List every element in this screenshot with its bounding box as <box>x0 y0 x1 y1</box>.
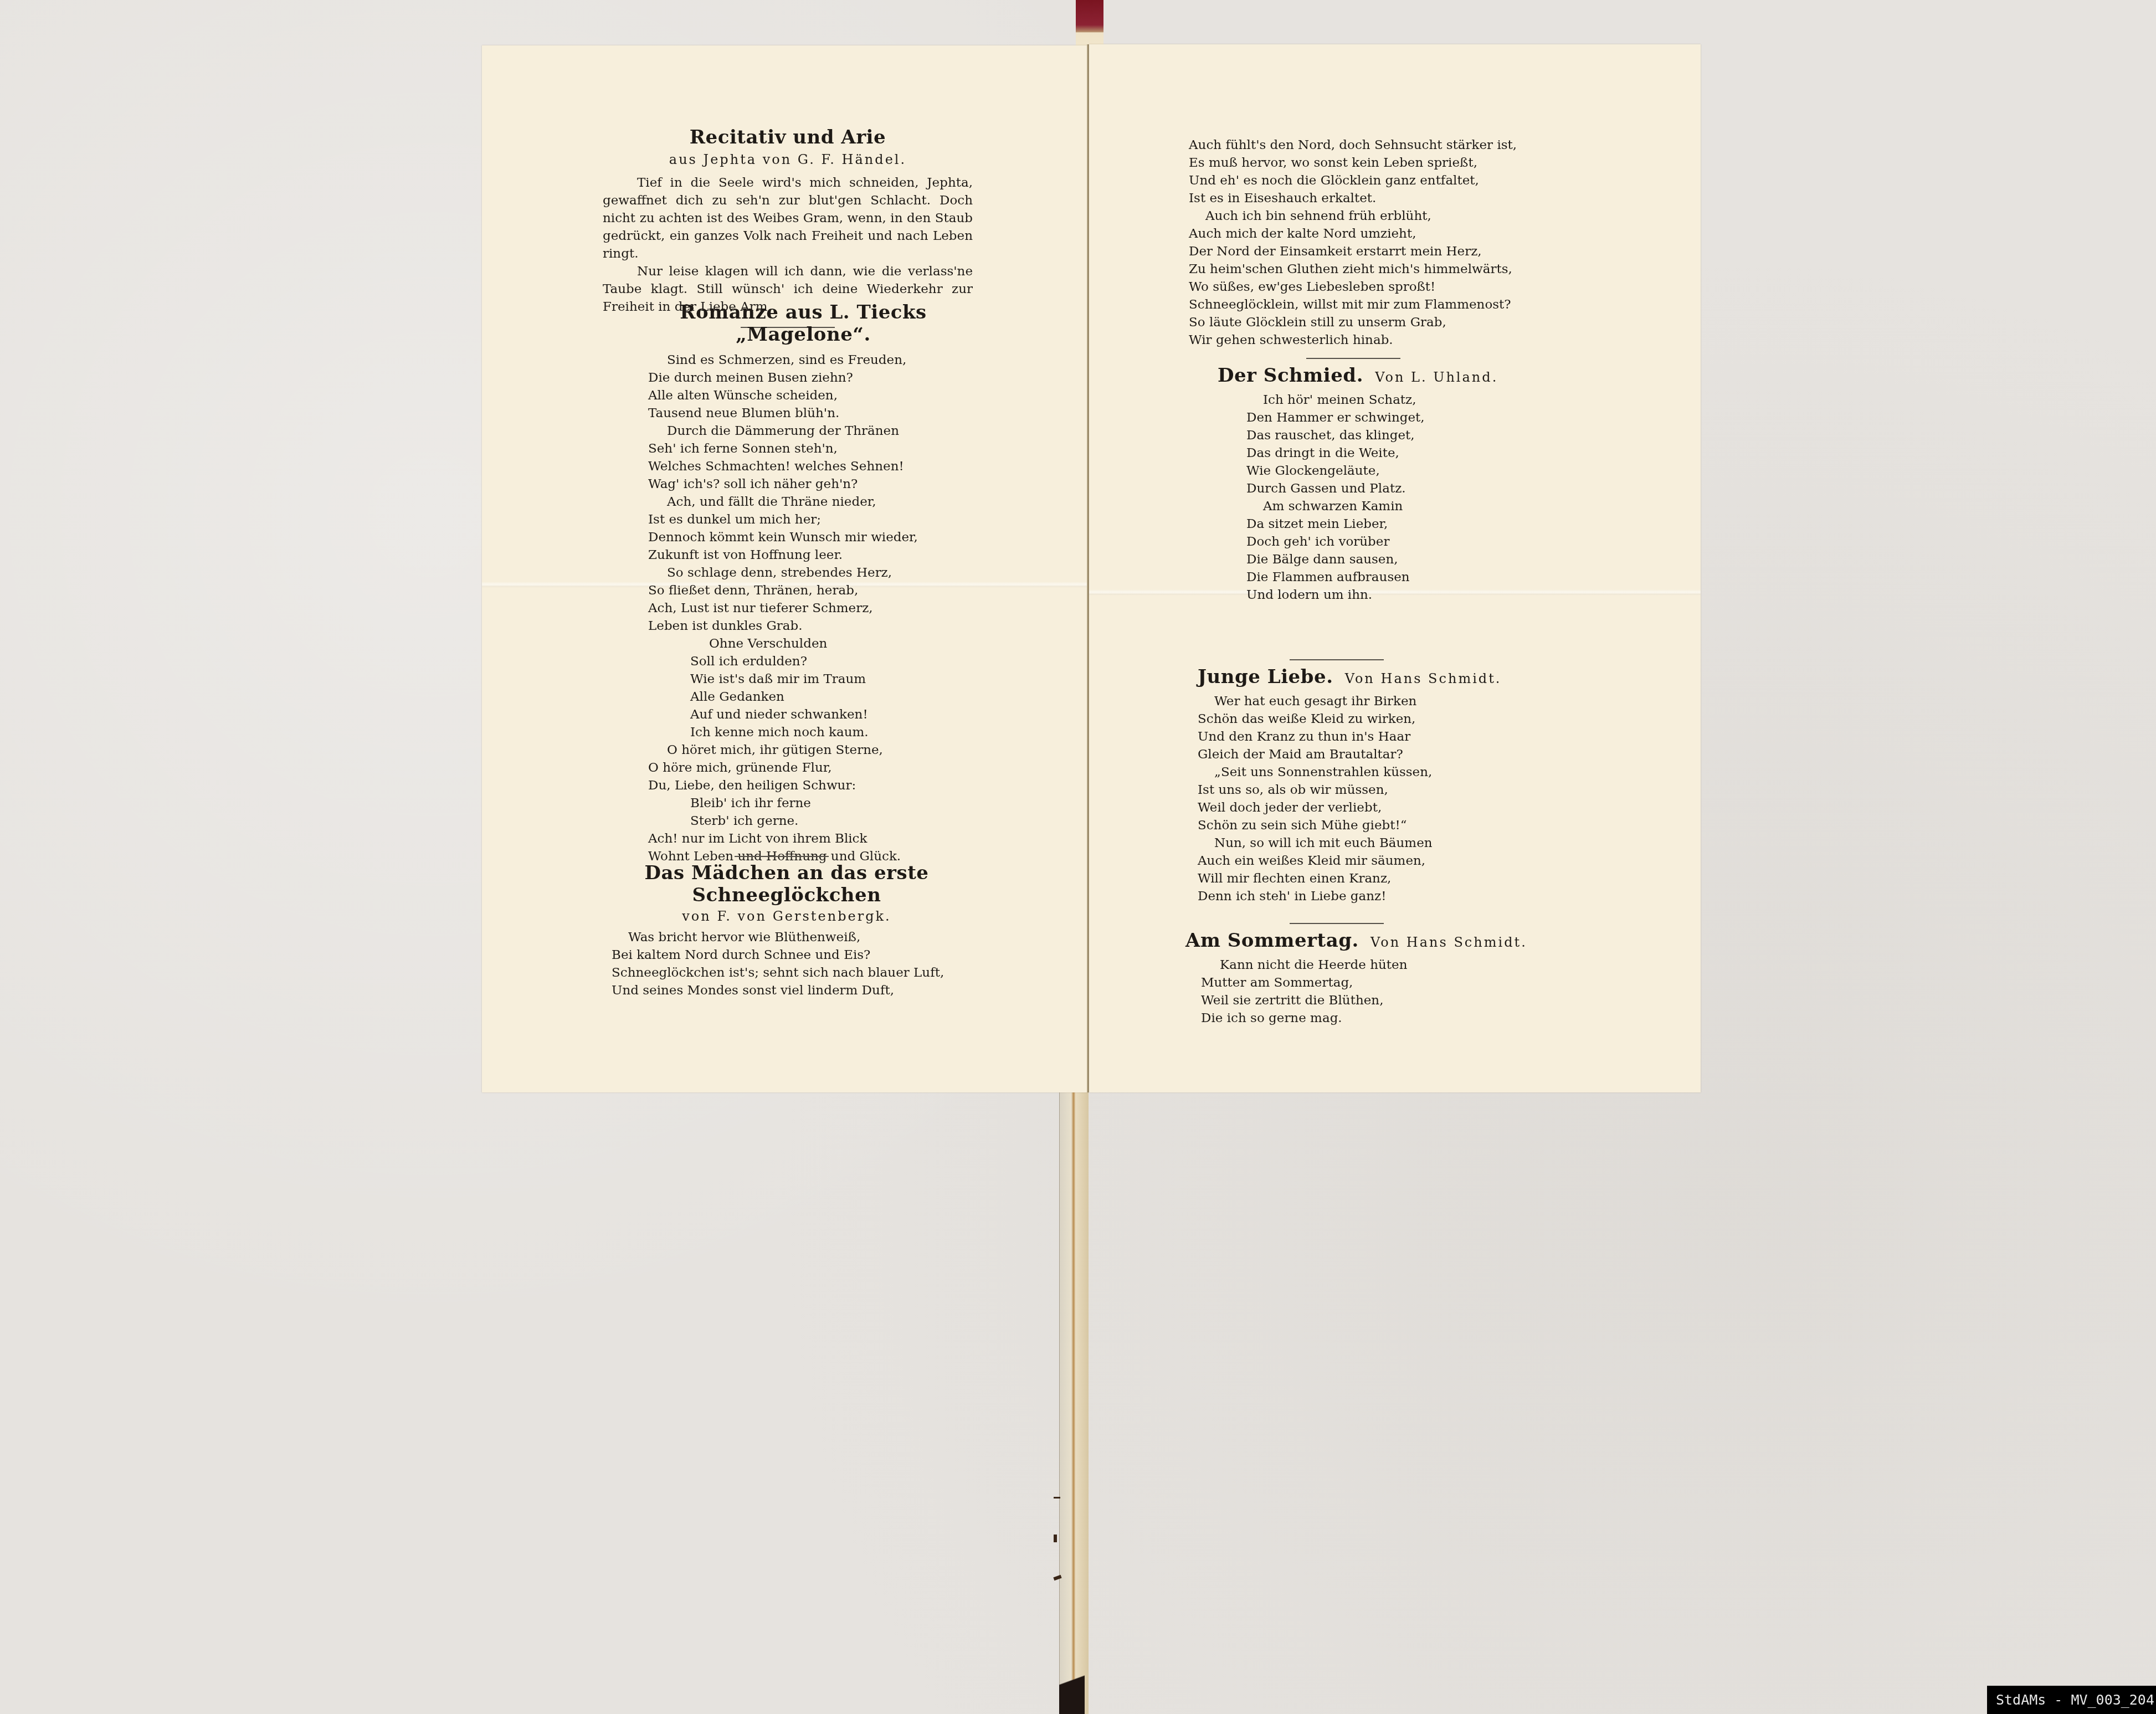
verse-line: Ach, und fällt die Thräne nieder, <box>648 493 958 511</box>
verse-line: Was bricht hervor wie Blüthenweiß, <box>612 928 981 946</box>
verse-line: Leben ist dunkles Grab. <box>648 617 958 635</box>
section-divider <box>1290 659 1384 660</box>
section-recitativ: Recitativ und Arie aus Jephta von G. F. … <box>603 126 973 328</box>
verse-line: Auch mich der kalte Nord umzieht, <box>1189 225 1532 243</box>
verse-line: Da sitzet mein Lieber, <box>1246 515 1528 533</box>
verse-line: Und lodern um ihn. <box>1246 586 1528 604</box>
verse-line: Durch die Dämmerung der Thränen <box>648 422 958 440</box>
poem-verse: Kann nicht die Heerde hüten Mutter am So… <box>1185 956 1540 1027</box>
section-junge-liebe: Junge Liebe. Von Hans Schmidt. Wer hat e… <box>1198 666 1541 905</box>
verse-line: Schneeglöcklein, willst mit mir zum Flam… <box>1189 296 1532 314</box>
verse-line: Die ich so gerne mag. <box>1201 1009 1540 1027</box>
verse-line: So schlage denn, strebendes Herz, <box>648 564 958 582</box>
section-romanze: Romanze aus L. Tiecks „Magelone“. Sind e… <box>648 301 958 865</box>
verse-line: O höre mich, grünende Flur, <box>648 759 958 777</box>
verse-line: Wir gehen schwesterlich hinab. <box>1189 331 1532 349</box>
section-divider <box>1290 923 1384 924</box>
prose-paragraph: Tief in die Seele wird's mich schneiden,… <box>603 174 973 263</box>
verse-line: Bleib' ich ihr ferne <box>648 794 958 812</box>
verse-line: Der Nord der Einsamkeit erstarrt mein He… <box>1189 243 1532 260</box>
verse-line: Durch Gassen und Platz. <box>1246 480 1528 497</box>
left-page: Recitativ und Arie aus Jephta von G. F. … <box>482 45 1088 1092</box>
verse-line: Ist uns so, als ob wir müssen, <box>1198 781 1541 799</box>
verse-line: „Seit uns Sonnenstrahlen küssen, <box>1198 763 1541 781</box>
spine-ink-mark <box>1054 1535 1057 1542</box>
archive-reference-label: StdAMs - MV_003_204 <box>1987 1686 2156 1714</box>
verse-line: Ist es in Eiseshauch erkaltet. <box>1189 189 1532 207</box>
verse-line: Und seines Mondes sonst viel linderm Duf… <box>612 982 981 999</box>
verse-line: Auch fühlt's den Nord, doch Sehnsucht st… <box>1189 136 1532 154</box>
verse-line: Wie ist's daß mir im Traum <box>648 670 958 688</box>
verse-line: Soll ich erdulden? <box>648 653 958 670</box>
section-byline: Von Hans Schmidt. <box>1370 935 1527 950</box>
verse-line: Gleich der Maid am Brautaltar? <box>1198 746 1541 763</box>
section-divider <box>1306 358 1400 359</box>
verse-line: Ich hör' meinen Schatz, <box>1246 391 1528 409</box>
section-title: Junge Liebe. <box>1198 666 1333 688</box>
verse-line: Auf und nieder schwanken! <box>648 706 958 723</box>
verse-line: Du, Liebe, den heiligen Schwur: <box>648 777 958 794</box>
spine-ink-mark <box>1054 1497 1060 1499</box>
binding-spine-top <box>1076 0 1103 45</box>
verse-line: Dennoch kömmt kein Wunsch mir wieder, <box>648 528 958 546</box>
verse-line: Seh' ich ferne Sonnen steh'n, <box>648 440 958 458</box>
verse-line: Ach, Lust ist nur tieferer Schmerz, <box>648 599 958 617</box>
section-byline: von F. von Gerstenbergk. <box>593 909 981 924</box>
verse-line: Denn ich steh' in Liebe ganz! <box>1198 887 1541 905</box>
verse-line: Sind es Schmerzen, sind es Freuden, <box>648 351 958 369</box>
verse-line: Wer hat euch gesagt ihr Birken <box>1198 692 1541 710</box>
verse-line: Ich kenne mich noch kaum. <box>648 723 958 741</box>
verse-line: Es muß hervor, wo sonst kein Leben sprie… <box>1189 154 1532 172</box>
verse-line: Doch geh' ich vorüber <box>1246 533 1528 551</box>
section-title: Romanze aus L. Tiecks „Magelone“. <box>648 301 958 346</box>
verse-line: Schön zu sein sich Mühe giebt!“ <box>1198 817 1541 834</box>
section-title: Recitativ und Arie <box>603 126 973 148</box>
verse-line: Wag' ich's? soll ich näher geh'n? <box>648 475 958 493</box>
poem-verse: Was bricht hervor wie Blüthenweiß, Bei k… <box>593 928 981 999</box>
verse-line: Das dringt in die Weite, <box>1246 444 1528 462</box>
section-title: Der Schmied. <box>1218 365 1363 387</box>
poem-verse: Ich hör' meinen Schatz, Den Hammer er sc… <box>1218 391 1528 604</box>
verse-line: Welches Schmachten! welches Sehnen! <box>648 458 958 475</box>
verse-line: Ist es dunkel um mich her; <box>648 511 958 528</box>
poem-verse: Wer hat euch gesagt ihr Birken Schön das… <box>1198 692 1541 905</box>
verse-line: Und eh' es noch die Glöcklein ganz entfa… <box>1189 172 1532 189</box>
verse-line: So fließet denn, Thränen, herab, <box>648 582 958 599</box>
verse-line: Wo süßes, ew'ges Liebesleben sproßt! <box>1189 278 1532 296</box>
verse-line: Auch ein weißes Kleid mir säumen, <box>1198 852 1541 870</box>
poem-continuation: Auch fühlt's den Nord, doch Sehnsucht st… <box>1189 136 1532 349</box>
verse-line: Am schwarzen Kamin <box>1246 497 1528 515</box>
verse-line: Kann nicht die Heerde hüten <box>1201 956 1540 974</box>
verse-line: O höret mich, ihr gütigen Sterne, <box>648 741 958 759</box>
binding-spine <box>1059 1092 1089 1714</box>
verse-line: Auch ich bin sehnend früh erblüht, <box>1189 207 1532 225</box>
verse-line: Die durch meinen Busen ziehn? <box>648 369 958 387</box>
verse-line: Die Flammen aufbrausen <box>1246 568 1528 586</box>
section-heading: Der Schmied. Von L. Uhland. <box>1218 365 1528 387</box>
verse-line: Zukunft ist von Hoffnung leer. <box>648 546 958 564</box>
verse-line: Den Hammer er schwinget, <box>1246 409 1528 427</box>
verse-line: So läute Glöcklein still zu unserm Grab, <box>1189 314 1532 331</box>
section-prose: Tief in die Seele wird's mich schneiden,… <box>603 174 973 316</box>
verse-line: Weil sie zertritt die Blüthen, <box>1201 992 1540 1009</box>
verse-line: Ach! nur im Licht von ihrem Blick <box>648 830 958 848</box>
section-heading: Am Sommertag. Von Hans Schmidt. <box>1185 930 1540 952</box>
verse-line: Mutter am Sommertag, <box>1201 974 1540 992</box>
verse-line: Sterb' ich gerne. <box>648 812 958 830</box>
section-byline: aus Jephta von G. F. Händel. <box>603 152 973 167</box>
section-divider <box>735 856 829 857</box>
section-byline: Von Hans Schmidt. <box>1345 671 1502 686</box>
verse-line: Schneeglöckchen ist's; sehnt sich nach b… <box>612 964 981 982</box>
verse-line: Alle alten Wünsche scheiden, <box>648 387 958 404</box>
section-title: Das Mädchen an das erste Schneeglöckchen <box>593 862 981 906</box>
binding-spine-end <box>1059 1667 1085 1714</box>
verse-line: Tausend neue Blumen blüh'n. <box>648 404 958 422</box>
section-title: Am Sommertag. <box>1185 930 1359 952</box>
poem-verse: Sind es Schmerzen, sind es Freuden, Die … <box>648 351 958 865</box>
verse-line: Ohne Verschulden <box>648 635 958 653</box>
verse-line: Schön das weiße Kleid zu wirken, <box>1198 710 1541 728</box>
section-schneegloeckchen: Das Mädchen an das erste Schneeglöckchen… <box>593 862 981 999</box>
right-page: Auch fühlt's den Nord, doch Sehnsucht st… <box>1089 44 1701 1092</box>
section-der-schmied: Der Schmied. Von L. Uhland. Ich hör' mei… <box>1218 365 1528 604</box>
poem-verse: Auch fühlt's den Nord, doch Sehnsucht st… <box>1189 136 1532 349</box>
verse-line: Will mir flechten einen Kranz, <box>1198 870 1541 887</box>
verse-line: Zu heim'schen Gluthen zieht mich's himme… <box>1189 260 1532 278</box>
verse-line: Und den Kranz zu thun in's Haar <box>1198 728 1541 746</box>
verse-line: Wie Glockengeläute, <box>1246 462 1528 480</box>
verse-line: Das rauschet, das klinget, <box>1246 427 1528 444</box>
verse-line: Die Bälge dann sausen, <box>1246 551 1528 568</box>
section-byline: Von L. Uhland. <box>1375 370 1498 385</box>
verse-line: Alle Gedanken <box>648 688 958 706</box>
section-am-sommertag: Am Sommertag. Von Hans Schmidt. Kann nic… <box>1185 930 1540 1027</box>
verse-line: Bei kaltem Nord durch Schnee und Eis? <box>612 946 981 964</box>
verse-line: Weil doch jeder der verliebt, <box>1198 799 1541 817</box>
verse-line: Nun, so will ich mit euch Bäumen <box>1198 834 1541 852</box>
section-heading: Junge Liebe. Von Hans Schmidt. <box>1198 666 1541 688</box>
